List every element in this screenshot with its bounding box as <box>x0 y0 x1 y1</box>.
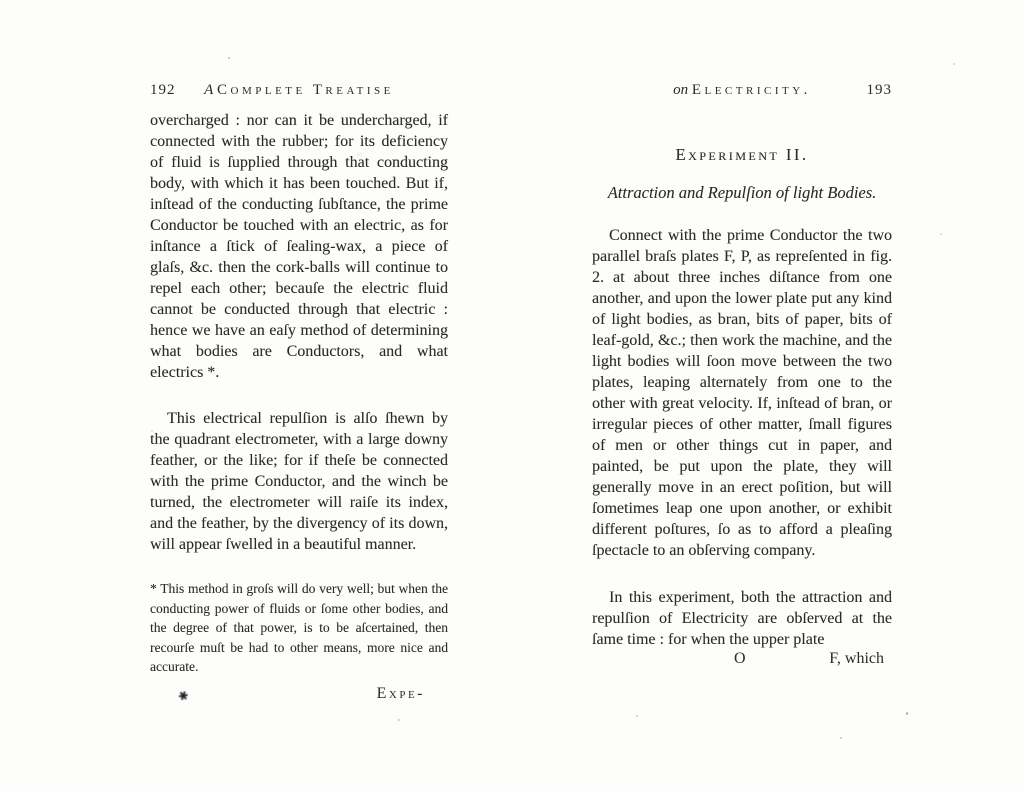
running-head-caps-right: Electricity. <box>692 82 811 98</box>
right-running-head-title: on Electricity. <box>673 82 811 99</box>
scan-speck <box>840 737 842 739</box>
signature-letter: O <box>734 650 746 668</box>
scan-speck <box>953 63 955 65</box>
scan-speck <box>228 57 230 59</box>
ink-blot: ✱ <box>176 687 191 705</box>
scan-speck <box>940 233 942 235</box>
left-page-footer: ✱ Expe- <box>150 685 448 707</box>
experiment-heading: Experiment II. <box>592 145 892 165</box>
running-head-italic-on: on <box>673 82 688 98</box>
left-page: 192 A Complete Treatise overcharged : no… <box>150 82 448 707</box>
right-page-footer: O F, which <box>592 650 892 671</box>
catchword-right: F, which <box>829 650 884 668</box>
right-running-head: on Electricity. 193 <box>592 82 892 103</box>
footnote: * This method in groſs will do very well… <box>150 579 448 677</box>
experiment-subtitle: Attraction and Repulſion of light Bodies… <box>592 183 892 203</box>
left-running-head: 192 A Complete Treatise <box>150 82 448 103</box>
scan-speck <box>636 715 638 717</box>
running-head-italic-a: A <box>204 82 213 98</box>
scan-speck <box>151 430 153 432</box>
body-paragraph: overcharged : nor can it be undercharged… <box>150 110 448 383</box>
catchword-left: Expe- <box>377 685 425 703</box>
scan-speck <box>398 719 400 721</box>
body-paragraph: This electrical repulſion is alſo ſhewn … <box>150 408 448 555</box>
scan-speck <box>906 712 908 715</box>
body-paragraph: Connect with the prime Conductor the two… <box>592 225 892 561</box>
page-number-left: 192 <box>150 82 176 99</box>
running-head-caps-left: Complete Treatise <box>217 82 394 98</box>
right-page: on Electricity. 193 Experiment II. Attra… <box>592 82 892 671</box>
book-scan: { "theme": { "paper_color": "#fdfdfc", "… <box>0 0 1024 791</box>
left-running-head-title: A Complete Treatise <box>204 82 394 99</box>
page-number-right: 193 <box>867 82 893 99</box>
body-paragraph: In this experiment, both the attraction … <box>592 587 892 650</box>
scan-speck <box>357 153 362 156</box>
